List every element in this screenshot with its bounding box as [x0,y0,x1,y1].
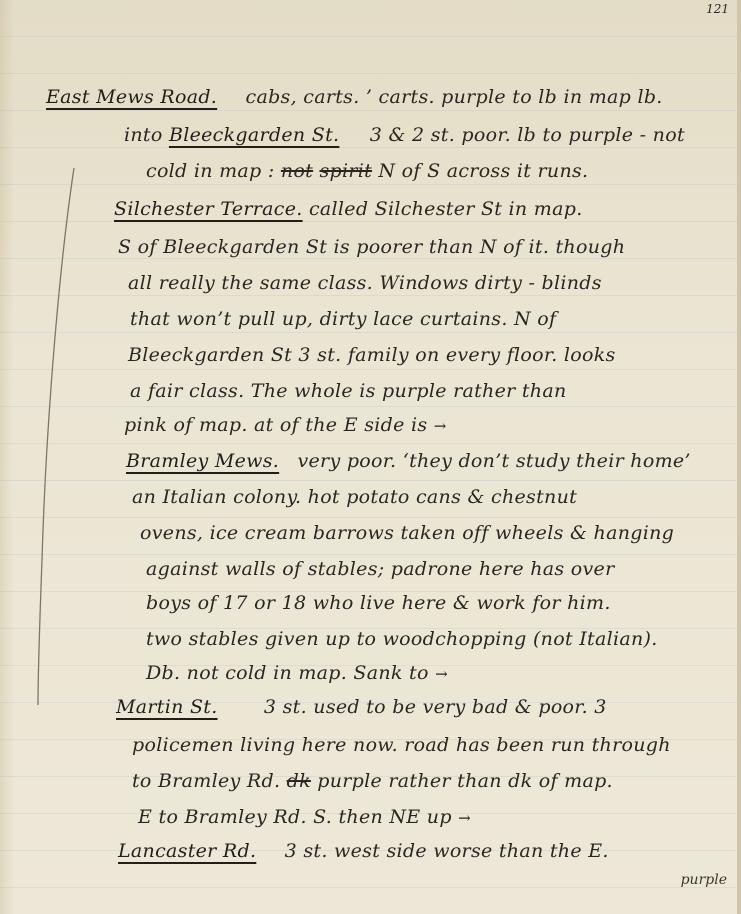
street-heading: Martin St. [116,696,218,718]
note-text: Db. not cold in map. Sank to [146,662,429,684]
entry-line: an Italian colony. hot potato cans & che… [132,486,577,508]
note-text: S of Bleeckgarden St is poorer than N of… [118,236,625,258]
note-text: E to Bramley Rd. S. then NE up [138,806,452,828]
struck-text: not [281,160,313,182]
note-text: into [124,124,163,146]
note-text: two stables given up to woodchopping (no… [146,628,658,650]
note-text: called Silchester St in map. [309,198,583,220]
note-text: 3 & 2 st. poor. lb to purple - not [370,124,685,146]
entry-line: Db. not cold in map. Sank to → [146,662,448,684]
entry-line: to Bramley Rd. dk purple rather than dk … [132,770,613,792]
entry-line: East Mews Road. cabs, carts. ’ carts. pu… [46,86,663,108]
entry-line: a fair class. The whole is purple rather… [130,380,567,402]
continuation-arrow-icon: → [435,665,448,683]
note-text: policemen living here now. road has been… [132,734,671,756]
entry-line: S of Bleeckgarden St is poorer than N of… [118,236,625,258]
note-text: boys of 17 or 18 who live here & work fo… [146,592,611,614]
street-heading: Bleeckgarden St. [169,124,339,146]
street-heading: Silchester Terrace. [114,198,303,220]
note-text: Bleeckgarden St 3 st. family on every fl… [128,344,616,366]
street-heading: Bramley Mews. [126,450,279,472]
entry-line: pink of map. at of the E side is → [124,414,447,436]
continuation-arrow-icon: → [434,417,447,435]
note-text: cabs, carts. ’ carts. purple to lb in ma… [246,86,663,108]
note-text: 3 st. used to be very bad & poor. 3 [264,696,607,718]
street-heading: Lancaster Rd. [118,840,256,862]
note-text: that won’t pull up, dirty lace curtains.… [130,308,556,330]
margin-note: purple [681,872,727,888]
entry-line: Bleeckgarden St 3 st. family on every fl… [128,344,616,366]
entry-line: cold in map : not spirit N of S across i… [146,160,588,182]
struck-text: spirit [319,160,372,182]
note-text: pink of map. at of the E side is [124,414,427,436]
note-text: cold in map : [146,160,275,182]
entry-line: policemen living here now. road has been… [132,734,671,756]
page-number: 121 [706,2,729,16]
entry-line: all really the same class. Windows dirty… [128,272,602,294]
street-heading: East Mews Road. [46,86,217,108]
note-text: a fair class. The whole is purple rather… [130,380,567,402]
entry-line: that won’t pull up, dirty lace curtains.… [130,308,556,330]
entry-line: boys of 17 or 18 who live here & work fo… [146,592,611,614]
entry-line: into Bleeckgarden St. 3 & 2 st. poor. lb… [124,124,685,146]
note-text: very poor. ‘they don’t study their home’ [297,450,690,472]
entry-line: ovens, ice cream barrows taken off wheel… [140,522,674,544]
entry-line: Bramley Mews. very poor. ‘they don’t stu… [126,450,691,472]
note-text: purple rather than dk of map. [317,770,613,792]
page-edge [737,0,741,914]
entry-line: two stables given up to woodchopping (no… [146,628,658,650]
note-text: against walls of stables; padrone here h… [146,558,615,580]
entry-line: E to Bramley Rd. S. then NE up → [138,806,471,828]
note-text: all really the same class. Windows dirty… [128,272,602,294]
entry-line: Lancaster Rd. 3 st. west side worse than… [118,840,609,862]
note-text: an Italian colony. hot potato cans & che… [132,486,577,508]
struck-text: dk [287,770,311,792]
entry-line: Martin St. 3 st. used to be very bad & p… [116,696,607,718]
note-text: N of S across it runs. [378,160,588,182]
note-text: ovens, ice cream barrows taken off wheel… [140,522,674,544]
continuation-arrow-icon: → [458,809,471,827]
note-text: to Bramley Rd. [132,770,280,792]
note-text: 3 st. west side worse than the E. [285,840,609,862]
entry-line: against walls of stables; padrone here h… [146,558,615,580]
entry-line: Silchester Terrace. called Silchester St… [114,198,583,220]
notebook-page: 121 East Mews Road. cabs, carts. ’ carts… [0,0,741,914]
